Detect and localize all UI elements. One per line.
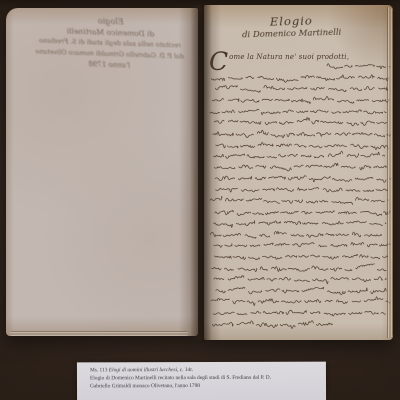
handwritten-body: Come la Natura ne' suoi prodotti, (209, 51, 391, 337)
caption-ms-title: Elogi di uomini illustri lucchesi (109, 367, 177, 373)
showthrough-text-block: Elogio di Domenico Martinelli recitato n… (33, 13, 187, 73)
caption-card: Ms. 113 Elogi di uomini illustri lucches… (77, 362, 326, 400)
photo-scene: Elogio di Domenico Martinelli recitato n… (0, 0, 400, 400)
book-gutter (190, 5, 212, 340)
caption-shelfmark: Ms. 113 (90, 367, 109, 373)
body-handwriting (209, 51, 391, 337)
caption-folio: , c. 14r. (177, 367, 193, 373)
right-page-heading: Elogio di Domenico Martinelli (204, 12, 380, 42)
right-page: Elogio di Domenico Martinelli Come la Na… (204, 5, 393, 340)
caption-line-3: Gabriello Grimaldi monaco Olivetano, l'a… (90, 382, 318, 391)
mirrored-ink-showthrough: Elogio di Domenico Martinelli recitato n… (33, 13, 187, 73)
manuscript-book: Elogio di Domenico Martinelli recitato n… (6, 5, 393, 340)
fore-edge-page-stack (387, 7, 393, 338)
left-page: Elogio di Domenico Martinelli recitato n… (6, 8, 198, 336)
